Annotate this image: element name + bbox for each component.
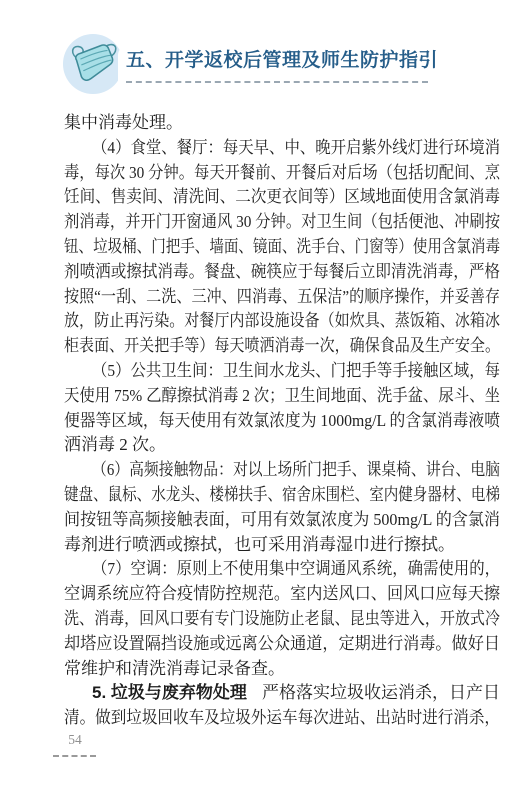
body-line: （4）食堂、餐厅：每天早、中、晚开启紫外线灯进行环境消 xyxy=(64,136,500,161)
body-line: 洒消毒 2 次。 xyxy=(64,433,500,458)
body-line: 剂消毒，并开门开窗通风 30 分钟。对卫生间（包括便池、冲刷按 xyxy=(64,210,500,235)
title-dashed-underline xyxy=(126,81,428,83)
section-5-heading: 5. 垃圾与废弃物处理 xyxy=(92,683,247,702)
section-5-heading-line: 5. 垃圾与废弃物处理严格落实垃圾收运消杀，日产日 xyxy=(64,681,500,706)
body-line: 洗、消毒，回风口要有专门设施防止老鼠、昆虫等进入，开放式冷 xyxy=(64,607,500,632)
body-line: 饪间、售卖间、清洗间、二次更衣间等）区域地面使用含氯消毒 xyxy=(64,185,500,210)
body-line: 却塔应设置隔挡设施或远离公众通道，定期进行消毒。做好日 xyxy=(64,632,500,657)
body-line: 柜表面、开关把手等）每天喷洒消毒一次，确保食品及生产安全。 xyxy=(64,334,500,359)
body-line: 间按钮等高频接触表面，可用有效氯浓度为 500mg/L 的含氯消 xyxy=(64,508,500,533)
page-number: 54 xyxy=(55,732,95,748)
body-line: 毒剂进行喷洒或擦拭，也可采用消毒湿巾进行擦拭。 xyxy=(64,533,500,558)
body-line: 天使用 75% 乙醇擦拭消毒 2 次；卫生间地面、洗手盆、尿斗、坐 xyxy=(64,384,500,409)
face-mask-icon xyxy=(62,33,124,95)
body-line: 空调系统应符合疫情防控规范。室内送风口、回风口应每天擦 xyxy=(64,582,500,607)
section-title: 五、开学返校后管理及师生防护指引 xyxy=(126,49,436,73)
body-line: 钮、垃圾桶、门把手、墙面、镜面、洗手台、门窗等）使用含氯消毒 xyxy=(64,235,500,260)
body-line: （7）空调：原则上不使用集中空调通风系统，确需使用的， xyxy=(64,557,500,582)
body-line: 常维护和清洗消毒记录备查。 xyxy=(64,657,500,682)
body-line: 放，防止再污染。对餐厅内部设施设备（如炊具、蒸饭箱、冰箱冰 xyxy=(64,309,500,334)
section-title-box: 五、开学返校后管理及师生防护指引 xyxy=(118,46,436,96)
section-5-text: 严格落实垃圾收运消杀，日产日 xyxy=(262,683,500,702)
body-line: （5）公共卫生间：卫生间水龙头、门把手等手接触区域，每 xyxy=(64,359,500,384)
body-line: 清。做到垃圾回收车及垃圾外运车每次进站、出站时进行消杀， xyxy=(64,706,500,731)
body-line: （6）高频接触物品：对以上场所门把手、课桌椅、讲台、电脑 xyxy=(64,458,500,483)
body-line: 键盘、鼠标、水龙头、楼梯扶手、宿舍床围栏、室内健身器材、电梯 xyxy=(64,483,500,508)
body-line: 便器等区域，每天使用有效氯浓度为 1000mg/L 的含氯消毒液喷 xyxy=(64,409,500,434)
body-line: 按照“一刮、二洗、三冲、四消毒、五保洁”的顺序操作，并妥善存 xyxy=(64,285,500,310)
body-line: 毒，每次 30 分钟。每天开餐前、开餐后对后场（包括切配间、烹 xyxy=(64,161,500,186)
body-text: 集中消毒处理。 （4）食堂、餐厅：每天早、中、晚开启紫外线灯进行环境消 毒，每次… xyxy=(64,111,500,731)
footer-dashed-line xyxy=(53,755,96,757)
body-line: 集中消毒处理。 xyxy=(64,111,500,136)
body-line: 剂喷洒或擦拭消毒。餐盘、碗筷应于每餐后立即清洗消毒，严格 xyxy=(64,260,500,285)
